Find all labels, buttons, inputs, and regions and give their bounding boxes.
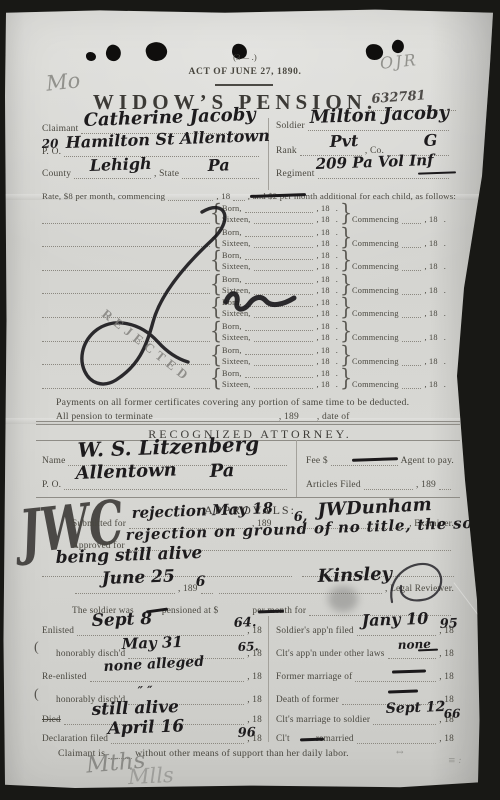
child-commencing-line: Commencing, 18. [352, 286, 446, 295]
box-divider [296, 440, 297, 497]
handwritten-dash [388, 689, 418, 693]
ink-blot [104, 43, 124, 63]
child-commencing-line: Commencing, 18. [352, 262, 446, 271]
discharged-handwriting: May 31 [121, 633, 183, 653]
rank-handwriting: Pvt [329, 131, 358, 151]
payments-note: Payments on all former certificates cove… [56, 397, 456, 408]
appn-filed-year-handwriting: 95 [439, 616, 458, 632]
ink-blot [144, 40, 169, 64]
company-handwriting: G [423, 131, 437, 150]
declaration-year-handwriting: 96 [237, 725, 256, 741]
flourish-handwriting [386, 556, 448, 608]
column-divider [268, 616, 269, 742]
decorative-rule [215, 84, 273, 86]
approval-year-handwriting: 6 [195, 574, 205, 590]
child-commencing-line: Commencing, 18. [352, 239, 446, 248]
act-line: ACT OF JUNE 27, 1890. [150, 67, 340, 77]
ink-blot [86, 52, 96, 61]
reenlisted-field: Re-enlisted, 18 [42, 672, 262, 682]
section-rule [36, 424, 460, 425]
pencil-scrawl-2: Mlls [127, 763, 174, 789]
pencil-initials-top-right: OJR [379, 50, 418, 73]
child-commencing-line: Commencing, 18. [352, 309, 446, 318]
pencil-arrow-mark: ↔ [396, 748, 404, 758]
state-handwriting: Pa [207, 155, 230, 175]
scanned-pension-form: Mo (3— .) ACT OF JUNE 27, 1890. WIDOW’S … [0, 0, 500, 800]
county-handwriting: Lehigh [89, 154, 152, 175]
ink-smudge [328, 586, 358, 612]
marriage-to-soldier-field: Clt's marriage to soldier, 18 [276, 715, 454, 725]
enlisted-handwriting: Sept 8 [91, 609, 152, 631]
former-marriage-field: Former marriage of, 18 [276, 672, 454, 682]
child-commencing-line: Commencing, 18. [352, 215, 446, 224]
discharged-year-handwriting: 65. [238, 639, 259, 654]
marriage-date-handwriting: Sept 12 [385, 699, 445, 717]
reviewer-signature: Kinsley [317, 563, 392, 587]
form-number: (3— .) [200, 52, 290, 62]
attorney-po-handwriting: Allentown [75, 459, 177, 484]
brace-close: } [340, 364, 352, 392]
approval-date-handwriting: June 25 [101, 566, 175, 589]
attorney-po-state-handwriting: Pa [209, 460, 234, 482]
paren-mark: ( [34, 640, 39, 656]
articles-field: Articles Filed, 189 [306, 480, 454, 490]
enlisted-year-handwriting: 64. [233, 615, 256, 631]
marriage-year-handwriting: 66 [444, 706, 461, 721]
child-commencing-line: Commencing, 18. [352, 380, 446, 389]
paren-mark: ( [34, 687, 39, 703]
section-rule [36, 421, 460, 422]
pencil-tick-marks: ≡ : [448, 756, 461, 766]
street-number-handwriting: 20 [42, 136, 59, 151]
paper-crease [453, 582, 500, 718]
declaration-handwriting: April 16 [107, 716, 184, 739]
approved-handwriting-2: being still alive [55, 543, 202, 568]
ditto-handwriting: ″ ″ [138, 683, 153, 698]
child-commencing-line: Commencing, 18. [352, 357, 446, 366]
child-commencing-line: Commencing, 18. [352, 333, 446, 342]
appn-filed-handwriting: Jany 10 [361, 609, 428, 630]
